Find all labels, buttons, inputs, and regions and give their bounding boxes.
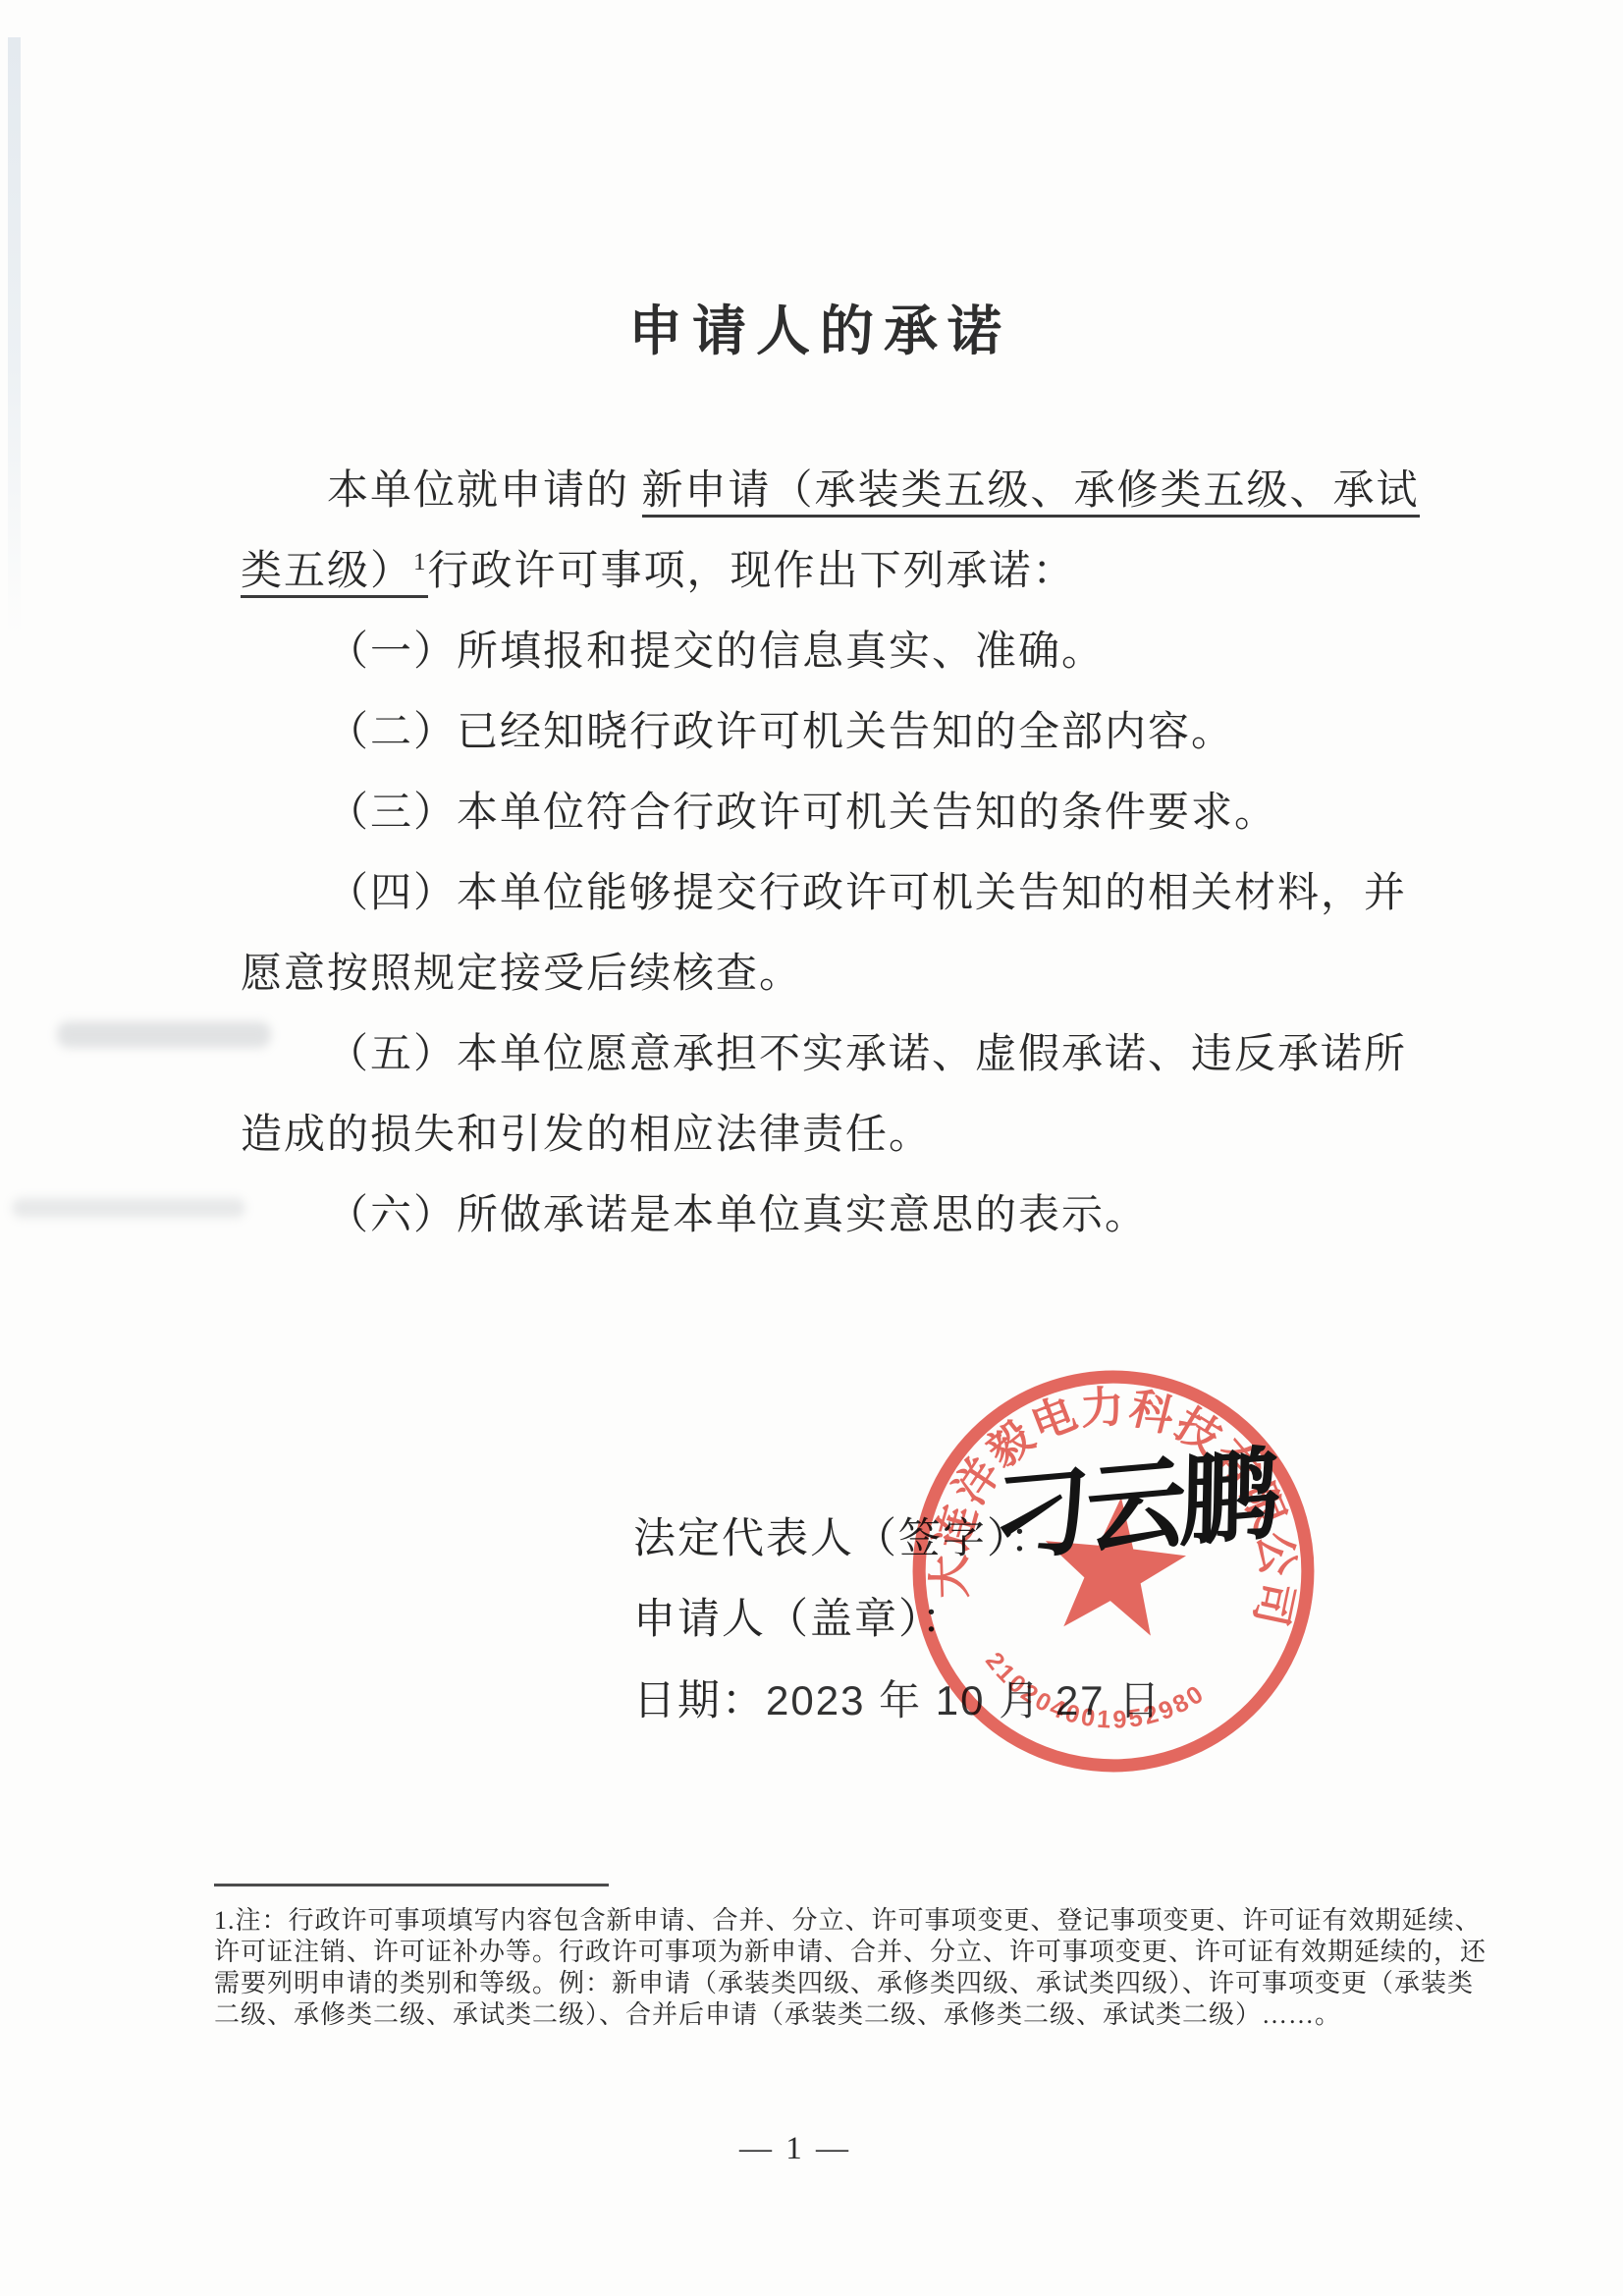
commitment-item-2: （二）已经知晓行政许可机关告知的全部内容。 [241,692,1458,773]
body-text: 本单位就申请的 [327,468,642,514]
document-page: 申请人的承诺 本单位就申请的 新申请（承装类五级、承修类五级、承试 类五级）1行… [0,0,1623,2296]
commitment-body: 本单位就申请的 新申请（承装类五级、承修类五级、承试 类五级）1行政许可事项，现… [241,451,1458,1256]
underlined-application-type-cont: 类五级）1 [241,549,428,598]
footnote-line: 需要列明申请的类别和等级。例：新申请（承装类四级、承修类四级、承试类四级）、许可… [214,1968,1535,1999]
footnote-line: 1.注：行政许可事项填写内容包含新申请、合并、分立、许可事项变更、登记事项变更、… [214,1905,1535,1937]
commitment-item-3: （三）本单位符合行政许可机关告知的条件要求。 [241,773,1458,853]
scan-edge-artifact [8,37,21,636]
scan-smudge [12,1198,245,1218]
company-seal: 大连洋毅电力科技有限公司 210204001952980 [885,1342,1342,1800]
commitment-item-5: （五）本单位愿意承担不实承诺、虚假承诺、违反承诺所 [241,1014,1458,1095]
date-label: 日期： [633,1678,766,1724]
footnote-line: 二级、承修类二级、承试类二级）、合并后申请（承装类二级、承修类二级、承试类二级）… [214,1999,1535,2031]
body-text: 类五级） [241,549,413,594]
commitment-item-6: （六）所做承诺是本单位真实意思的表示。 [241,1175,1458,1256]
page-title: 申请人的承诺 [241,288,1399,365]
body-line: 类五级）1行政许可事项，现作出下列承诺： [241,531,1458,612]
commitment-item-4-cont: 愿意按照规定接受后续核查。 [241,934,1458,1014]
footnote: 1.注：行政许可事项填写内容包含新申请、合并、分立、许可事项变更、登记事项变更、… [214,1905,1535,2031]
body-line: 本单位就申请的 新申请（承装类五级、承修类五级、承试 [241,451,1458,531]
footnote-reference: 1 [413,549,428,575]
underlined-application-type: 新申请（承装类五级、承修类五级、承试 [642,468,1420,518]
handwritten-signature: 刁云鹏 [992,1446,1275,1571]
body-text: 行政许可事项，现作出下列承诺： [428,549,1076,594]
page-number: — 1 — [0,2131,1591,2167]
footnote-line: 许可证注销、许可证补办等。行政许可事项为新申请、合并、分立、许可事项变更、许可证… [214,1937,1535,1968]
footnote-divider [214,1884,609,1886]
commitment-item-5-cont: 造成的损失和引发的相应法律责任。 [241,1095,1458,1175]
commitment-item-1: （一）所填报和提交的信息真实、准确。 [241,612,1458,692]
commitment-item-4: （四）本单位能够提交行政许可机关告知的相关材料，并 [241,853,1458,934]
scan-smudge [57,1021,271,1048]
